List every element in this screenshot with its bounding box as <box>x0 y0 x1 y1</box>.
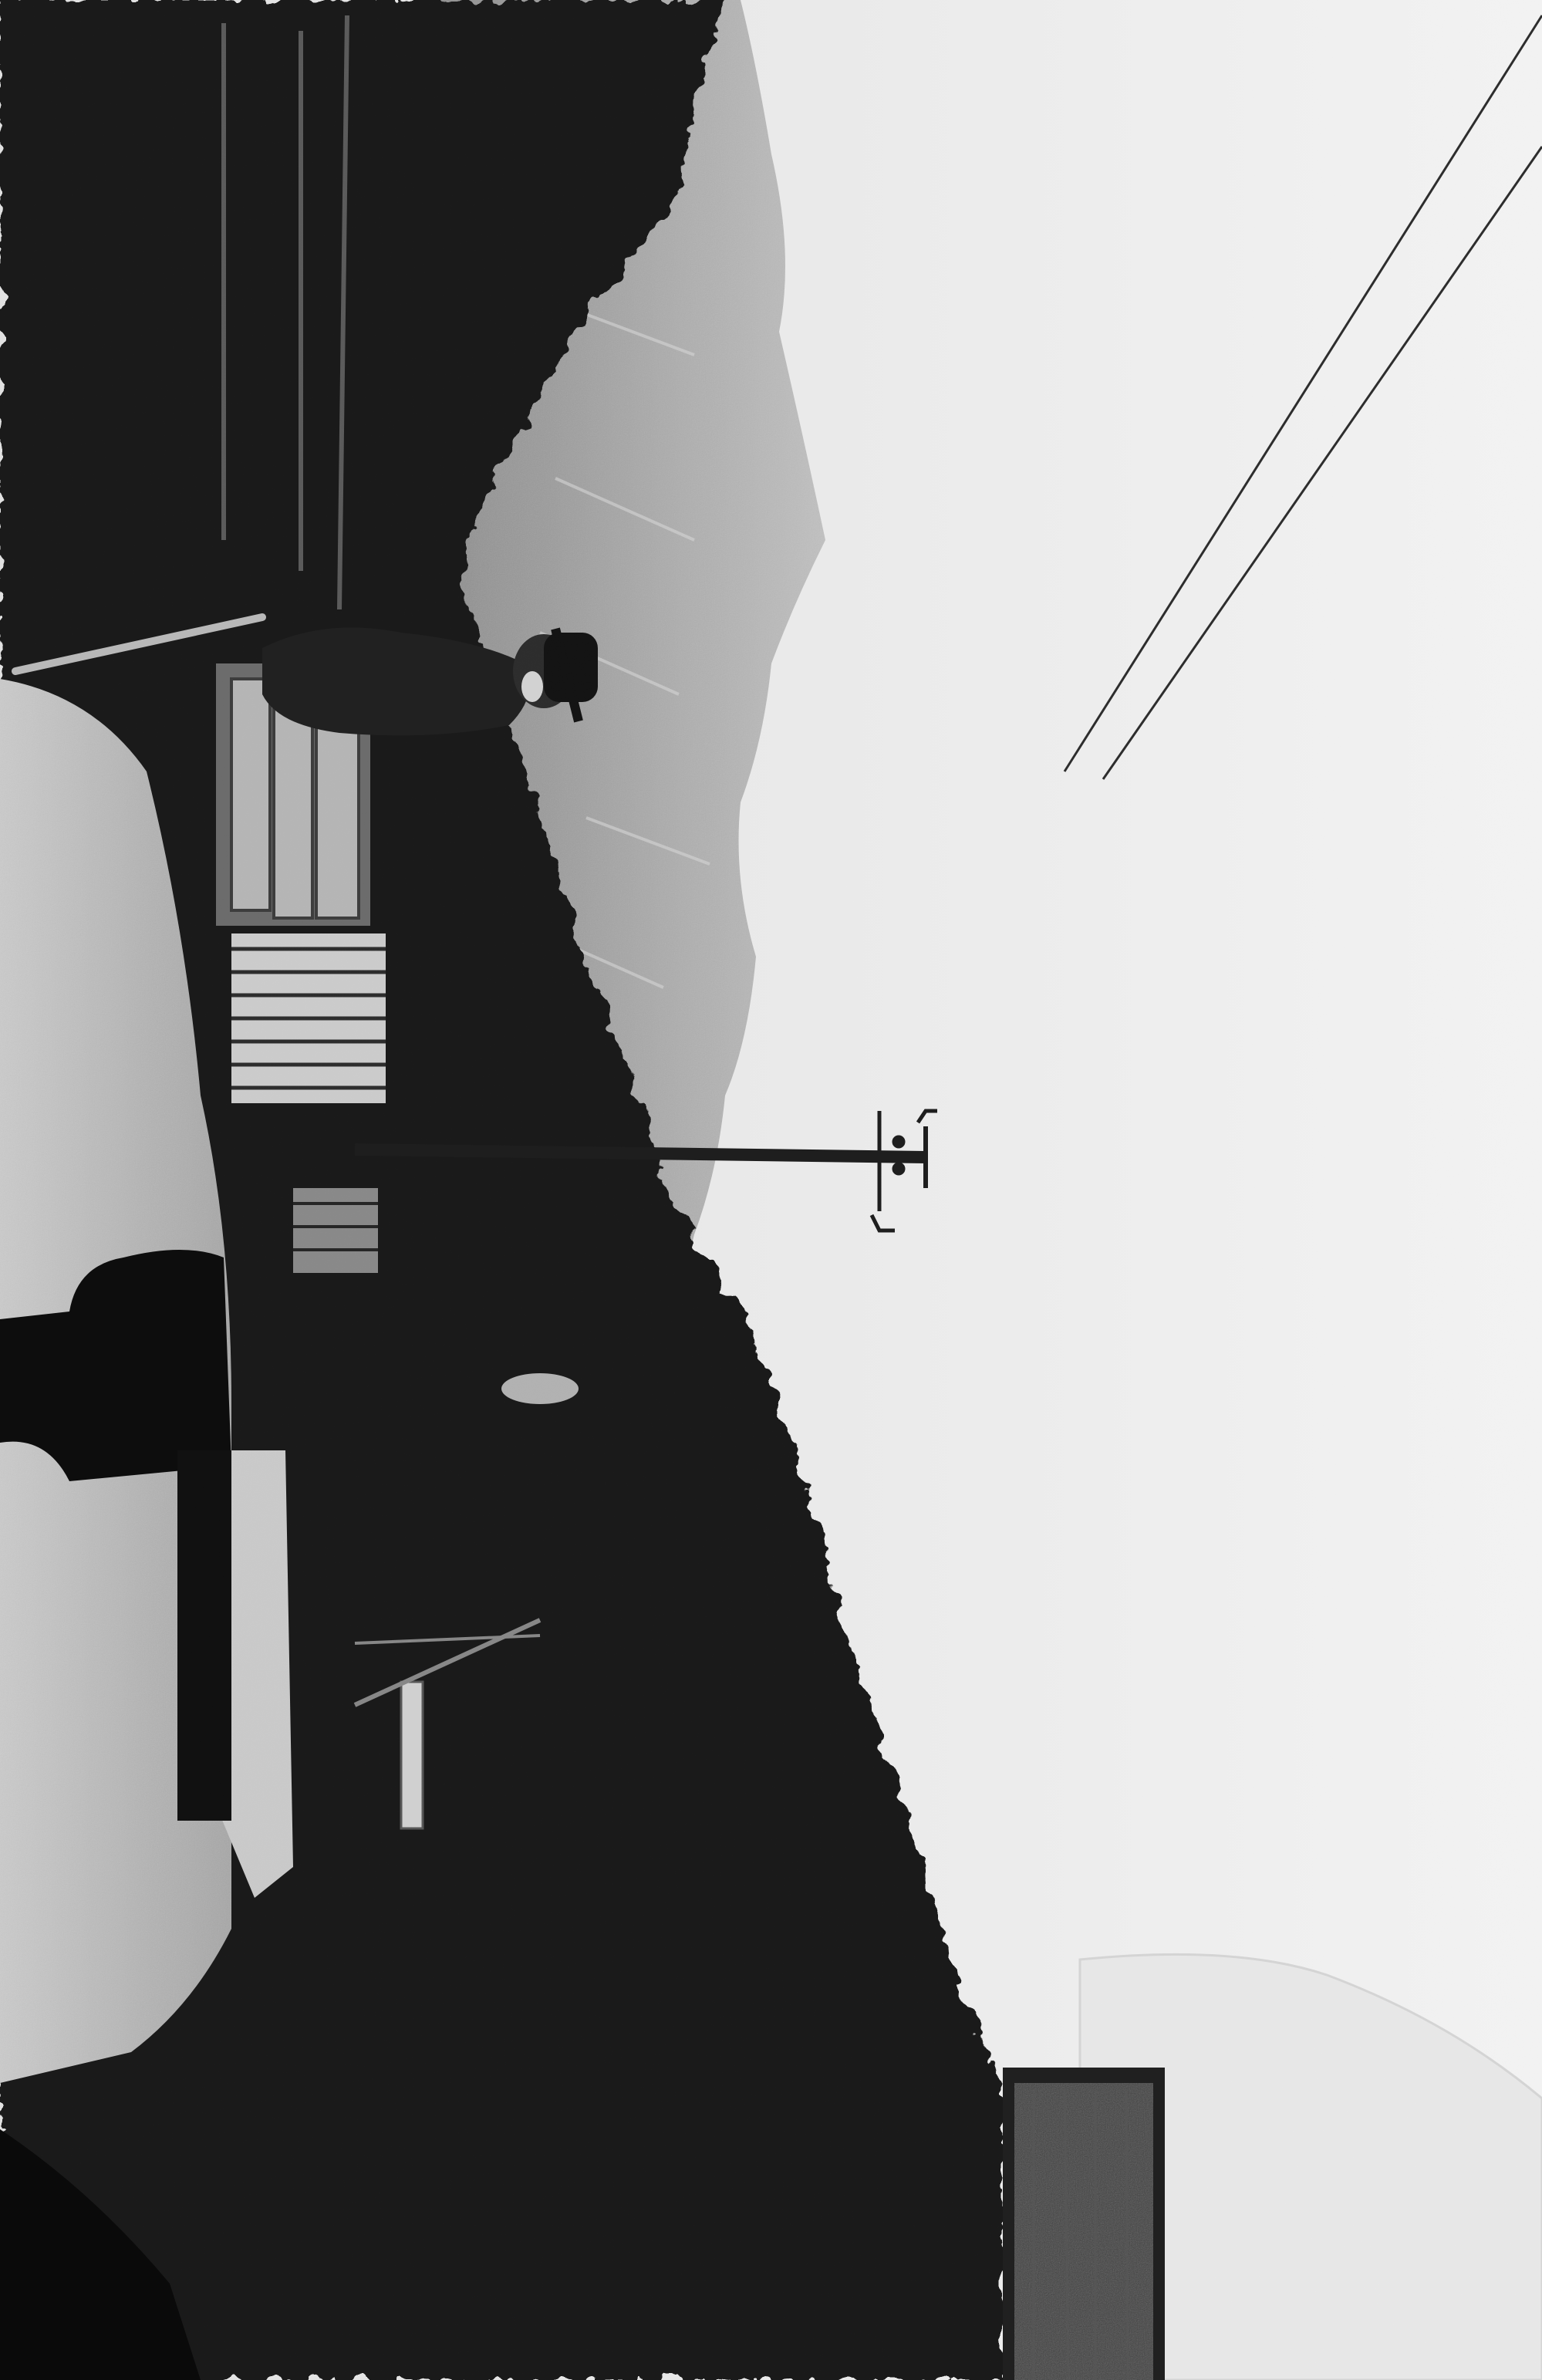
film-grain <box>0 0 1542 2380</box>
photo-canvas <box>0 0 1542 2380</box>
photograph: Vintage alpine photograph (rotated 90°) <box>0 0 1542 2380</box>
